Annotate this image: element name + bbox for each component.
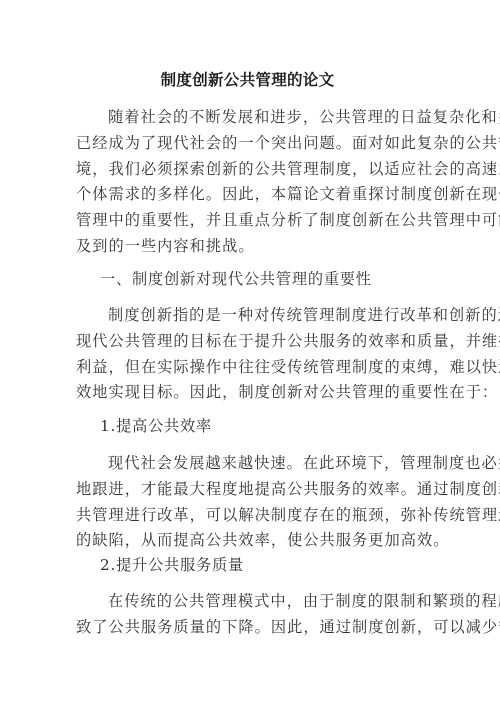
paragraph-line: 共管理进行改革，可以解决制度存在的瓶颈，弥补传统管理过程中 xyxy=(76,503,419,529)
subheading-service-quality: 2.提升公共服务质量 xyxy=(100,553,244,579)
paragraph-line: 在传统的公共管理模式中，由于制度的限制和繁琐的程序，导 xyxy=(76,589,419,615)
paragraph-line: 个体需求的多样化。因此，本篇论文着重探讨制度创新在现代公共 xyxy=(76,182,419,208)
paragraph-line: 的缺陷，从而提高公共效率，使公共服务更加高效。 xyxy=(76,528,419,554)
paragraph-line: 致了公共服务质量的下降。因此，通过制度创新，可以减少管理环 xyxy=(76,615,419,641)
paragraph-line: 现代公共管理的目标在于提升公共服务的效率和质量，并维护公共 xyxy=(76,329,419,355)
paragraph-line: 已经成为了现代社会的一个突出问题。面对如此复杂的公共管理环 xyxy=(76,131,419,157)
section-heading-importance: 一、制度创新对现代公共管理的重要性 xyxy=(100,267,372,293)
paragraph-line: 管理中的重要性，并且重点分析了制度创新在公共管理中可能会涉 xyxy=(76,208,419,234)
document-title: 制度创新公共管理的论文 xyxy=(76,69,419,91)
intro-paragraph: 随着社会的不断发展和进步，公共管理的日益复杂化和多元化 已经成为了现代社会的一个… xyxy=(76,105,419,260)
paragraph-line: 效地实现目标。因此，制度创新对公共管理的重要性在于： xyxy=(76,380,419,406)
subheading-efficiency: 1.提高公共效率 xyxy=(100,414,212,440)
paragraph-line: 随着社会的不断发展和进步，公共管理的日益复杂化和多元化 xyxy=(76,105,419,131)
importance-paragraph: 制度创新指的是一种对传统管理制度进行改革和创新的过程。 现代公共管理的目标在于提… xyxy=(76,303,419,406)
paragraph-line: 境，我们必须探索创新的公共管理制度，以适应社会的高速发展及 xyxy=(76,157,419,183)
paragraph-line: 地跟进，才能最大程度地提高公共服务的效率。通过制度创新对公 xyxy=(76,477,419,503)
paragraph-line: 及到的一些内容和挑战。 xyxy=(76,234,419,260)
service-quality-paragraph: 在传统的公共管理模式中，由于制度的限制和繁琐的程序，导 致了公共服务质量的下降。… xyxy=(76,589,419,641)
paragraph-line: 现代社会发展越来越快速。在此环境下，管理制度也必须快速 xyxy=(76,451,419,477)
efficiency-paragraph: 现代社会发展越来越快速。在此环境下，管理制度也必须快速 地跟进，才能最大程度地提… xyxy=(76,451,419,554)
paragraph-line: 制度创新指的是一种对传统管理制度进行改革和创新的过程。 xyxy=(76,303,419,329)
paragraph-line: 利益，但在实际操作中往往受传统管理制度的束缚，难以快速、高 xyxy=(76,355,419,381)
